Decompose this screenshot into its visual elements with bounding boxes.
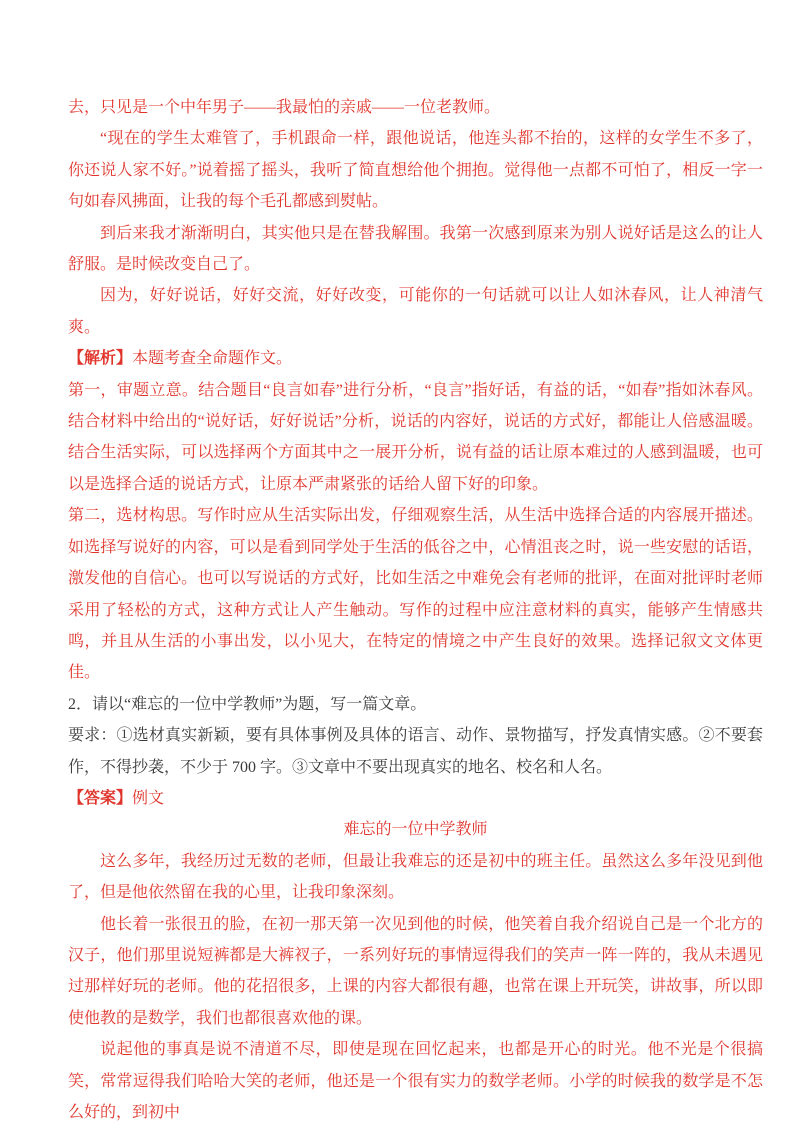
essay-paragraph: 他长着一张很丑的脸，在初一那天第一次见到他的时候，他笑着自我介绍说自己是一个北方… (68, 909, 763, 1035)
document-page: 去，只见是一个中年男子——我最怕的亲戚——一位老教师。 “现在的学生太难管了，手… (0, 0, 793, 1122)
analysis-label: 【解析】 (68, 350, 132, 367)
analysis-intro-text: 本题考查全命题作文。 (132, 350, 292, 367)
essay-paragraph: 这么多年，我经历过无数的老师，但最让我难忘的还是初中的班主任。虽然这么多年没见到… (68, 846, 763, 909)
answer-line: 【答案】例文 (68, 783, 763, 814)
passage-paragraph: 因为，好好说话，好好交流，好好改变，可能你的一句话就可以让人如沐春风，让人神清气… (68, 280, 763, 343)
passage-paragraph: 到后来我才渐渐明白，其实他只是在替我解围。我第一次感到原来为别人说好话是这么的让… (68, 218, 763, 281)
passage-paragraph-continuation: 去，只见是一个中年男子——我最怕的亲戚——一位老教师。 (68, 92, 763, 123)
question-prompt: 2．请以“难忘的一位中学教师”为题，写一篇文章。 (68, 689, 763, 720)
essay-title: 难忘的一位中学教师 (68, 814, 763, 845)
analysis-point-2: 第二，选材构思。写作时应从生活实际出发，仔细观察生活，从生活中选择合适的内容展开… (68, 500, 763, 688)
analysis-point-1: 第一，审题立意。结合题目“良言如春”进行分析，“良言”指好话，有益的话，“如春”… (68, 375, 763, 501)
passage-paragraph: “现在的学生太难管了，手机跟命一样，跟他说话，他连头都不抬的，这样的女学生不多了… (68, 123, 763, 217)
answer-type-text: 例文 (132, 790, 164, 807)
question-requirements: 要求：①选材真实新颖，要有具体事例及具体的语言、动作、景物描写，抒发真情实感。②… (68, 720, 763, 783)
essay-paragraph: 说起他的事真是说不清道不尽，即使是现在回忆起来，也都是开心的时光。他不光是个很搞… (68, 1034, 763, 1122)
analysis-intro-line: 【解析】本题考查全命题作文。 (68, 343, 763, 374)
answer-label: 【答案】 (68, 790, 132, 807)
